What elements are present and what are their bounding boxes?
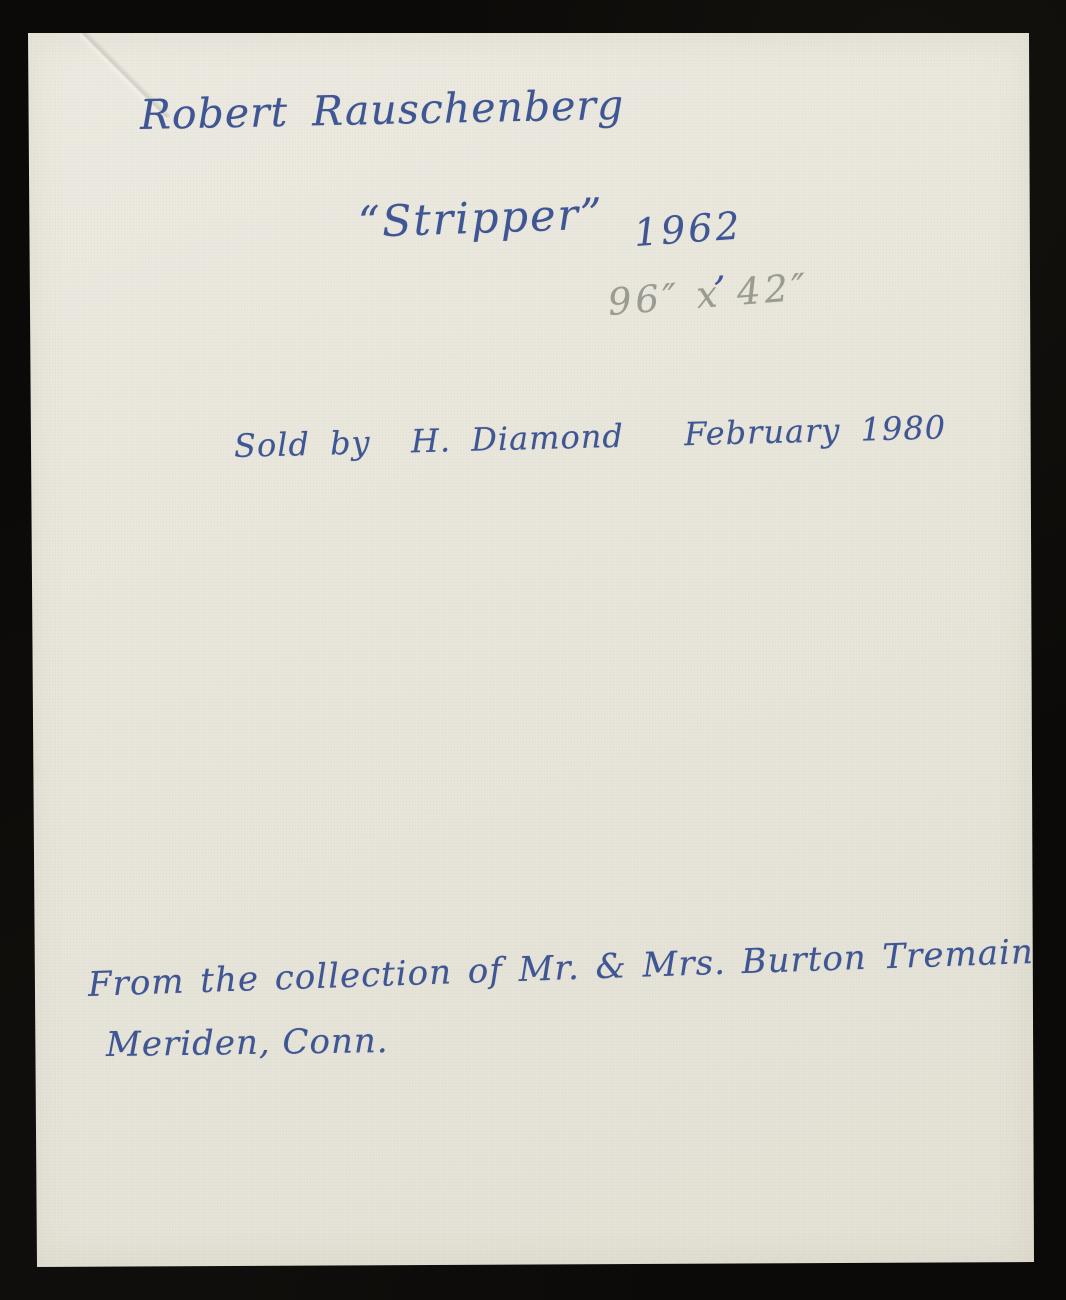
sale-note-inscription: Sold by H. Diamond February 1980	[234, 408, 947, 465]
artist-inscription: Robert Rauschenberg	[139, 81, 624, 139]
provenance-inscription-line1: From the collection of Mr. & Mrs. Burton…	[87, 931, 1066, 1005]
artwork-title-inscription: “Stripper”	[357, 189, 605, 248]
dimensions-inscription: 96″ x 42″	[606, 265, 811, 324]
year-inscription: 1962	[632, 203, 744, 254]
provenance-inscription-line2: Meriden, Conn.	[106, 1021, 389, 1065]
scan-background: Robert Rauschenberg “Stripper” 1962 , 96…	[0, 0, 1066, 1300]
photo-verso-paper: Robert Rauschenberg “Stripper” 1962 , 96…	[28, 33, 1034, 1267]
